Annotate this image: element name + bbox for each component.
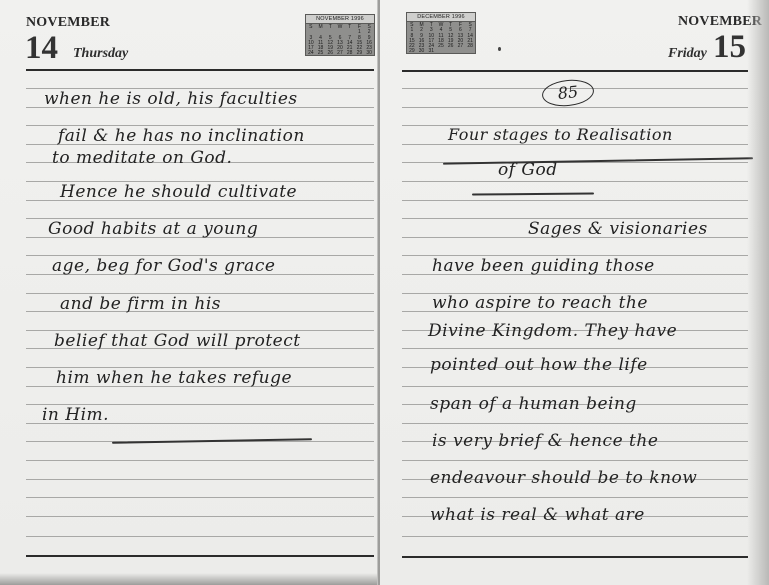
calendar-day: 26 [325,51,335,56]
title-underline [443,157,753,164]
calendar-day [446,49,456,54]
calendar-day [465,49,475,54]
ruled-line [402,497,748,498]
handwritten-line: endeavour should be to know [430,468,697,488]
calendar-day [436,49,446,54]
ruled-line [402,386,748,387]
handwritten-line: and be firm in his [60,294,221,314]
calendar-day: 29 [407,49,417,54]
weekday-label: Thursday [73,46,128,62]
calendar-day: 27 [335,51,345,56]
handwritten-line: pointed out how the life [430,355,648,375]
calendar-day: 31 [426,49,436,54]
ruled-line [402,536,748,537]
ruled-line [402,423,748,424]
ruled-line [26,497,374,498]
ink-speck [498,47,501,51]
mini-calendar-title: NOVEMBER 1996 [306,15,374,24]
calendar-day: 24 [306,51,316,56]
handwritten-line: to meditate on God. [52,148,232,168]
page-shadow [0,573,379,585]
calendar-day: 30 [417,49,427,54]
entry-title-line-1: Four stages to Realisation [448,125,673,144]
mini-calendar-december: DECEMBER 1996 S M T W T F S 1 2 3 4 5 6 … [406,12,476,54]
ruled-line [402,144,748,145]
circled-page-number: 85 [541,77,595,108]
mini-calendar-grid: S M T W T F S 1 2 3 4 5 6 7 8 9 10 1 [407,23,475,55]
mini-calendar-grid: S M T W T F S 1 2 3 4 5 6 [306,25,374,57]
handwritten-line: belief that God will protect [54,331,301,351]
mini-calendar-november: NOVEMBER 1996 S M T W T F S 1 2 3 [305,14,375,56]
handwritten-line: fail & he has no inclination [58,126,305,146]
ruled-line [402,181,748,182]
entry-title-line-2: of God [498,160,558,180]
calendar-day: 30 [364,51,374,56]
ruled-line [402,348,748,349]
ruled-line [26,479,374,480]
ruled-line [402,107,748,108]
handwritten-line: span of a human being [430,394,637,414]
handwritten-line: is very brief & hence the [432,431,658,451]
ruled-line [26,516,374,517]
calendar-day: 29 [355,51,365,56]
weekday-label: Friday [668,46,707,62]
footer-rule [26,555,374,557]
handwritten-line: Sages & visionaries [528,219,708,239]
handwritten-line: when he is old, his faculties [44,89,298,109]
handwritten-line: him when he takes refuge [56,368,292,388]
ruled-line [402,460,748,461]
handwritten-line: have been guiding those [432,256,655,276]
header-rule [402,70,748,72]
handwritten-line: Good habits at a young [48,219,258,239]
diary-page-left: NOVEMBER 14 Thursday NOVEMBER 1996 S M T… [0,0,379,585]
handwritten-line: who aspire to reach the [432,293,648,313]
ruled-line [26,536,374,537]
month-label: NOVEMBER [26,15,110,31]
page-edge-shadow [747,0,769,585]
calendar-day: 25 [316,51,326,56]
handwritten-line: age, beg for God's grace [52,256,275,276]
calendar-day: 28 [345,51,355,56]
title-underline [472,192,594,195]
ruled-line [26,460,374,461]
footer-rule [402,556,748,558]
ruled-line [402,200,748,201]
header-rule [26,69,374,71]
handwritten-line: in Him. [42,405,109,425]
calendar-day [456,49,466,54]
handwritten-line: Hence he should cultivate [60,182,297,202]
day-number: 14 [25,32,58,65]
handwritten-line: what is real & what are [430,505,645,525]
handwritten-line: Divine Kingdom. They have [428,321,677,341]
day-number: 15 [713,31,746,64]
diary-page-right: DECEMBER 1996 S M T W T F S 1 2 3 4 5 6 … [380,0,769,585]
mini-calendar-title: DECEMBER 1996 [407,13,475,22]
